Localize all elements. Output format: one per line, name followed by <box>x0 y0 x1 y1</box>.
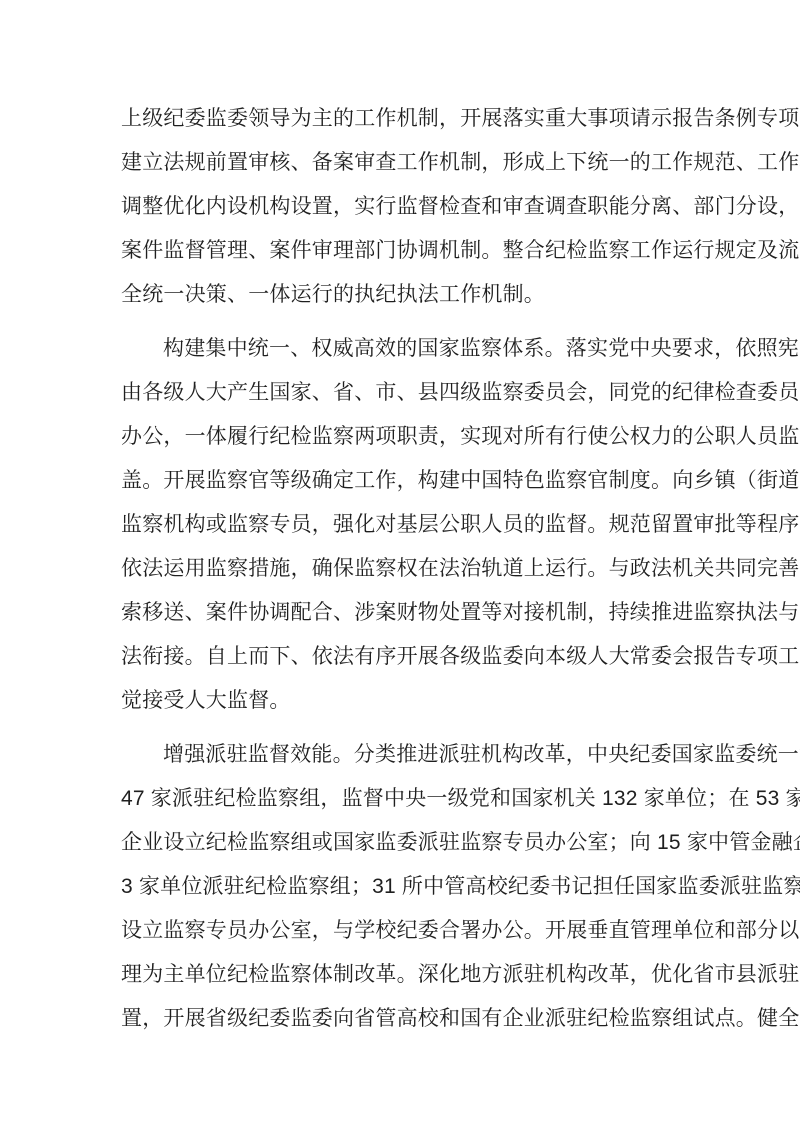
text-line: 增强派驻监督效能。分类推进派驻机构改革，中央纪委国家监委统一设立 <box>121 733 683 777</box>
text-line: 法衔接。自上而下、依法有序开展各级监委向本级人大常委会报告专项工作，自 <box>121 635 683 679</box>
text-line: 置，开展省级纪委监委向省管高校和国有企业派驻纪检监察组试点。健全派驻机 <box>121 997 683 1041</box>
text-line: 上级纪委监委领导为主的工作机制，开展落实重大事项请示报告条例专项检查， <box>121 97 683 141</box>
paragraph-1: 上级纪委监委领导为主的工作机制，开展落实重大事项请示报告条例专项检查， 建立法规… <box>121 97 683 317</box>
text-line: 企业设立纪检监察组或国家监委派驻监察专员办公室；向 15 家中管金融企业和 <box>121 821 683 865</box>
text-line: 盖。开展监察官等级确定工作，构建中国特色监察官制度。向乡镇（街道）派出 <box>121 459 683 503</box>
text-line: 办公，一体履行纪检监察两项职责，实现对所有行使公权力的公职人员监察全覆 <box>121 415 683 459</box>
paragraph-2: 构建集中统一、权威高效的国家监察体系。落实党中央要求，依照宪法规定， 由各级人大… <box>121 327 683 723</box>
text-line: 构建集中统一、权威高效的国家监察体系。落实党中央要求，依照宪法规定， <box>121 327 683 371</box>
text-line: 索移送、案件协调配合、涉案财物处置等对接机制，持续推进监察执法与刑事司 <box>121 591 683 635</box>
text-line: 依法运用监察措施，确保监察权在法治轨道上运行。与政法机关共同完善问题线 <box>121 547 683 591</box>
text-line: 调整优化内设机构设置，实行监督检查和审查调查职能分离、部门分设，完善与 <box>121 185 683 229</box>
text-line: 47 家派驻纪检监察组，监督中央一级党和国家机关 132 家单位；在 53 家中… <box>121 777 683 821</box>
text-line: 案件监督管理、案件审理部门协调机制。整合纪检监察工作运行规定及流程，健 <box>121 229 683 273</box>
document-page: 上级纪委监委领导为主的工作机制，开展落实重大事项请示报告条例专项检查， 建立法规… <box>0 0 800 1131</box>
text-line: 觉接受人大监督。 <box>121 679 683 723</box>
text-line: 建立法规前置审核、备案审查工作机制，形成上下统一的工作规范、工作标准。 <box>121 141 683 185</box>
text-line: 3 家单位派驻纪检监察组；31 所中管高校纪委书记担任国家监委派驻监察专员， <box>121 865 683 909</box>
text-line: 理为主单位纪检监察体制改革。深化地方派驻机构改革，优化省市县派驻机构设 <box>121 953 683 997</box>
text-line: 由各级人大产生国家、省、市、县四级监察委员会，同党的纪律检查委员会合署 <box>121 371 683 415</box>
paragraph-3: 增强派驻监督效能。分类推进派驻机构改革，中央纪委国家监委统一设立 47 家派驻纪… <box>121 733 683 1041</box>
text-line: 全统一决策、一体运行的执纪执法工作机制。 <box>121 273 683 317</box>
text-line: 监察机构或监察专员，强化对基层公职人员的监督。规范留置审批等程序，严格 <box>121 503 683 547</box>
text-line: 设立监察专员办公室，与学校纪委合署办公。开展垂直管理单位和部分以上级管 <box>121 909 683 953</box>
